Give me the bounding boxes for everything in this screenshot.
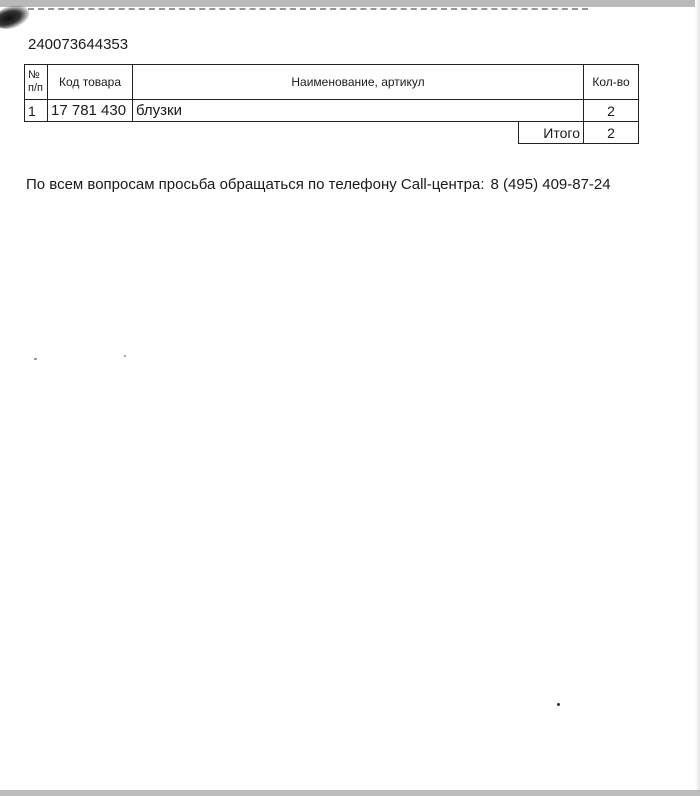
header-code: Код товара — [48, 65, 133, 100]
total-value: 2 — [584, 122, 639, 144]
header-qty: Кол-во — [584, 65, 639, 100]
contact-text: По всем вопросам просьба обращаться по т… — [26, 176, 485, 193]
scan-top-border — [0, 0, 700, 7]
total-label: Итого — [519, 122, 584, 144]
items-table: № п/п Код товара Наименование, артикул К… — [24, 64, 639, 144]
row-name: блузки — [133, 100, 584, 122]
perforation-line — [28, 8, 588, 10]
scan-speck — [34, 358, 37, 360]
scan-speck — [124, 355, 126, 357]
scan-speck — [557, 703, 560, 706]
scan-bottom-border — [0, 790, 700, 796]
table-row: 1 17 781 430 блузки 2 — [25, 100, 639, 122]
row-qty: 2 — [584, 100, 639, 122]
row-code: 17 781 430 — [48, 100, 133, 122]
table-header-row: № п/п Код товара Наименование, артикул К… — [25, 65, 639, 100]
scan-right-edge — [695, 0, 700, 796]
contact-note: По всем вопросам просьба обращаться по т… — [26, 176, 611, 193]
order-number: 240073644353 — [28, 36, 128, 53]
total-row: Итого 2 — [25, 122, 639, 144]
header-num: № п/п — [25, 65, 48, 100]
row-num: 1 — [25, 100, 48, 122]
contact-phone: 8 (495) 409-87-24 — [491, 176, 611, 193]
header-name: Наименование, артикул — [133, 65, 584, 100]
